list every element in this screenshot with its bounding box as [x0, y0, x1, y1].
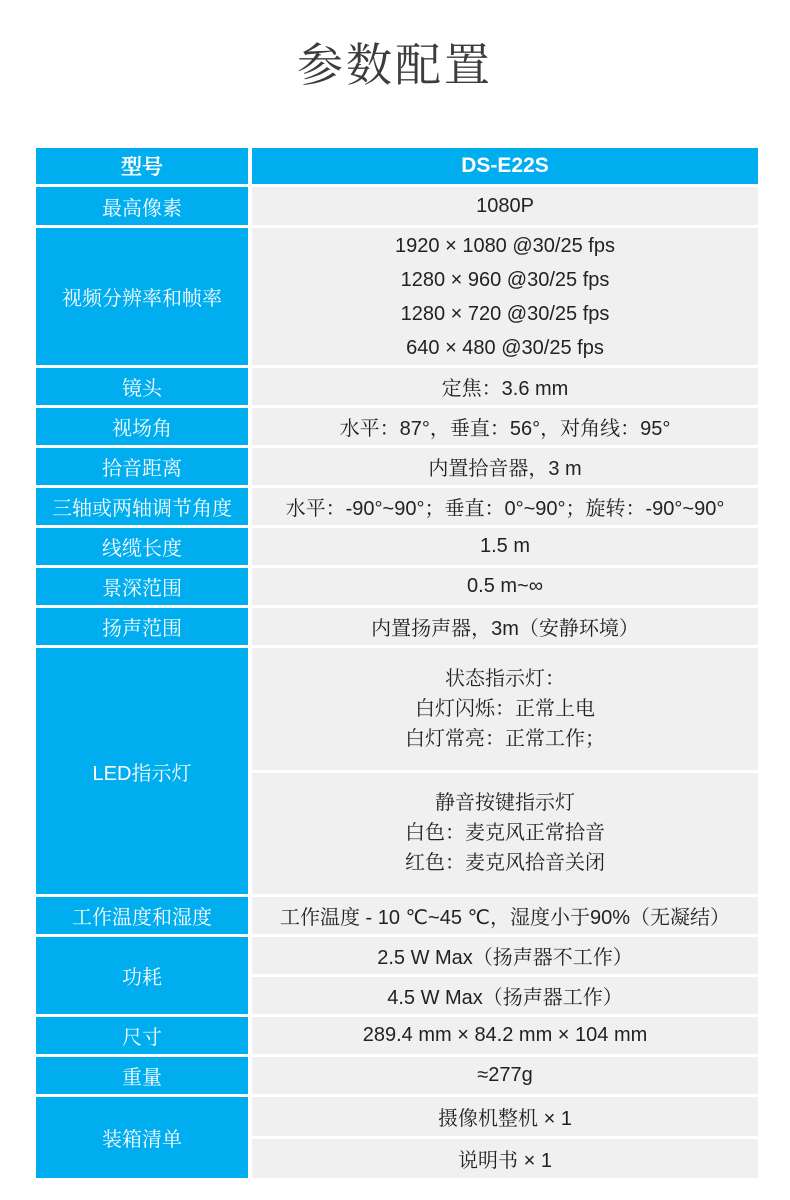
spec-value: 定焦：3.6 mm — [252, 368, 758, 405]
spec-row-dimensions: 尺寸 289.4 mm × 84.2 mm × 104 mm — [36, 1017, 758, 1054]
spec-value-stack: 2.5 W Max（扬声器不工作） 4.5 W Max（扬声器工作） — [252, 937, 758, 1014]
spec-label: 景深范围 — [36, 568, 248, 605]
spec-table: 型号 DS-E22S 最高像素 1080P 视频分辨率和帧率 1920 × 10… — [36, 148, 758, 1178]
spec-value: 工作温度 - 10 ℃~45 ℃，湿度小于90%（无凝结） — [252, 897, 758, 934]
spec-label: 最高像素 — [36, 187, 248, 225]
spec-label: 扬声范围 — [36, 608, 248, 645]
spec-label: 视场角 — [36, 408, 248, 445]
spec-value: 摄像机整机 × 1 — [252, 1097, 758, 1136]
spec-value: 内置扬声器，3m（安静环境） — [252, 608, 758, 645]
spec-label: 功耗 — [36, 937, 248, 1014]
spec-row-pickup-distance: 拾音距离 内置拾音器，3 m — [36, 448, 758, 485]
spec-value: 1080P — [252, 187, 758, 225]
spec-value: 1920 × 1080 @30/25 fps 1280 × 960 @30/25… — [252, 228, 758, 365]
spec-label: 尺寸 — [36, 1017, 248, 1054]
spec-row-cable-length: 线缆长度 1.5 m — [36, 528, 758, 565]
spec-value: 内置拾音器，3 m — [252, 448, 758, 485]
spec-row-packing-list: 装箱清单 摄像机整机 × 1 说明书 × 1 — [36, 1097, 758, 1178]
spec-label: LED指示灯 — [36, 648, 248, 894]
spec-row-weight: 重量 ≈277g — [36, 1057, 758, 1094]
spec-label: 视频分辨率和帧率 — [36, 228, 248, 365]
spec-value: ≈277g — [252, 1057, 758, 1094]
spec-row-speaker-range: 扬声范围 内置扬声器，3m（安静环境） — [36, 608, 758, 645]
spec-header-label: 型号 — [36, 148, 248, 184]
spec-row-resolution: 视频分辨率和帧率 1920 × 1080 @30/25 fps 1280 × 9… — [36, 228, 758, 365]
spec-value-stack: 摄像机整机 × 1 说明书 × 1 — [252, 1097, 758, 1178]
spec-header-model: DS-E22S — [252, 148, 758, 184]
spec-value: 289.4 mm × 84.2 mm × 104 mm — [252, 1017, 758, 1054]
spec-label: 线缆长度 — [36, 528, 248, 565]
spec-value: 水平：-90°~90°；垂直：0°~90°；旋转：-90°~90° — [252, 488, 758, 525]
spec-value: 状态指示灯： 白灯闪烁：正常上电 白灯常亮：正常工作； — [252, 648, 758, 770]
spec-label: 装箱清单 — [36, 1097, 248, 1178]
spec-row-depth-of-field: 景深范围 0.5 m~∞ — [36, 568, 758, 605]
spec-row-power-consumption: 功耗 2.5 W Max（扬声器不工作） 4.5 W Max（扬声器工作） — [36, 937, 758, 1014]
spec-value: 水平：87°，垂直：56°，对角线：95° — [252, 408, 758, 445]
spec-value: 1.5 m — [252, 528, 758, 565]
spec-row-max-pixels: 最高像素 1080P — [36, 187, 758, 225]
spec-value-stack: 状态指示灯： 白灯闪烁：正常上电 白灯常亮：正常工作； 静音按键指示灯 白色：麦… — [252, 648, 758, 894]
spec-label: 三轴或两轴调节角度 — [36, 488, 248, 525]
spec-value: 静音按键指示灯 白色：麦克风正常拾音 红色：麦克风拾音关闭 — [252, 773, 758, 895]
spec-value: 2.5 W Max（扬声器不工作） — [252, 937, 758, 974]
spec-row-led-indicator: LED指示灯 状态指示灯： 白灯闪烁：正常上电 白灯常亮：正常工作； 静音按键指… — [36, 648, 758, 894]
spec-value: 4.5 W Max（扬声器工作） — [252, 977, 758, 1014]
spec-label: 工作温度和湿度 — [36, 897, 248, 934]
spec-row-fov: 视场角 水平：87°，垂直：56°，对角线：95° — [36, 408, 758, 445]
spec-label: 镜头 — [36, 368, 248, 405]
page-title: 参数配置 — [0, 36, 790, 94]
spec-row-adjust-angle: 三轴或两轴调节角度 水平：-90°~90°；垂直：0°~90°；旋转：-90°~… — [36, 488, 758, 525]
spec-label: 拾音距离 — [36, 448, 248, 485]
spec-row-lens: 镜头 定焦：3.6 mm — [36, 368, 758, 405]
spec-row-temp-humidity: 工作温度和湿度 工作温度 - 10 ℃~45 ℃，湿度小于90%（无凝结） — [36, 897, 758, 934]
spec-value: 0.5 m~∞ — [252, 568, 758, 605]
spec-label: 重量 — [36, 1057, 248, 1094]
product-spec-page: 参数配置 型号 DS-E22S 最高像素 1080P 视频分辨率和帧率 1920… — [0, 0, 790, 1200]
spec-value: 说明书 × 1 — [252, 1139, 758, 1178]
spec-header-row: 型号 DS-E22S — [36, 148, 758, 184]
